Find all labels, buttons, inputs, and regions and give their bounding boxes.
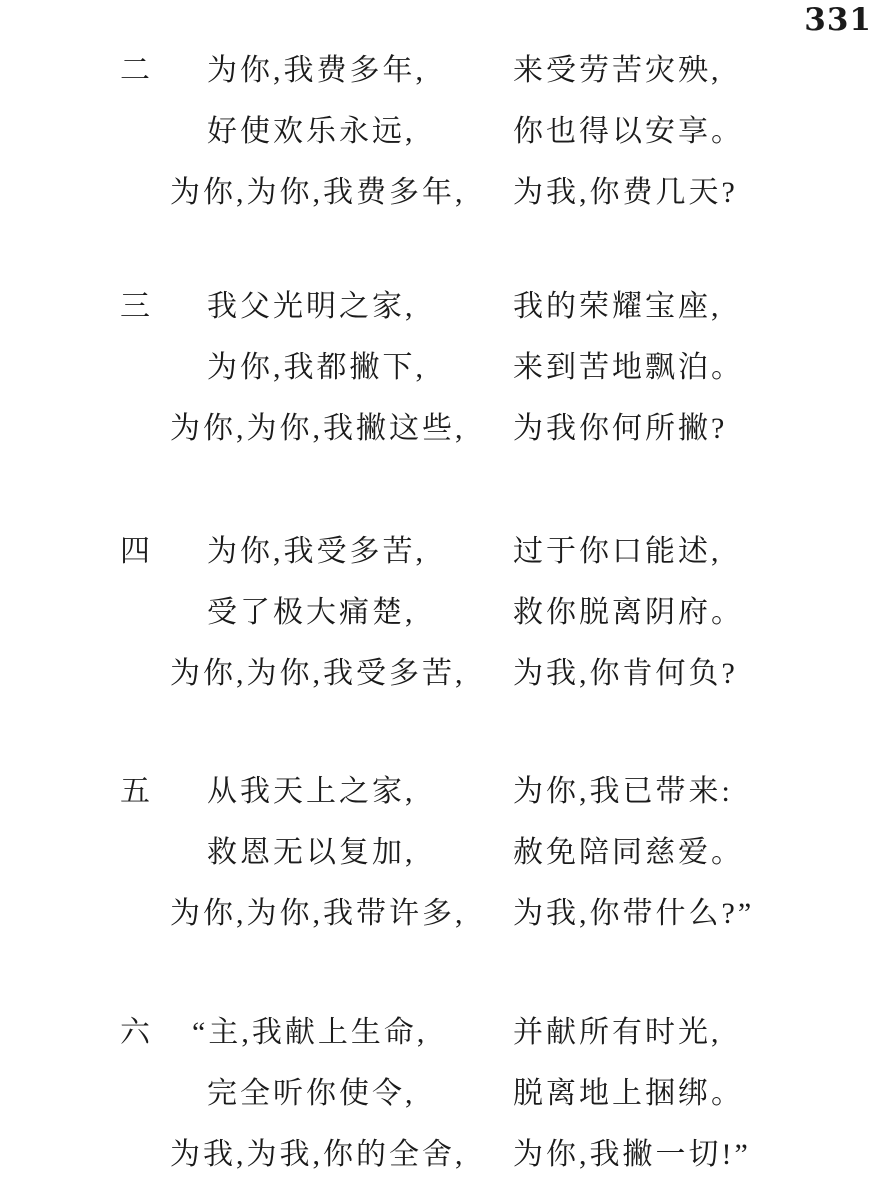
verse-line-right: 为我你何所撇? xyxy=(513,414,727,444)
verse-line: 好使欢乐永远, 你也得以安享。 xyxy=(0,101,885,162)
verse-line-left: 为你,为你,我受多苦, xyxy=(170,659,466,689)
verse-number: 四 xyxy=(120,537,153,567)
verse-line-left: 受了极大痛楚, xyxy=(207,598,416,628)
verse-line: 为你,为你,我带许多, 为我,你带什么?” xyxy=(0,883,885,944)
verse-5: 五 从我天上之家, 为你,我已带来: 救恩无以复加, 赦免陪同慈爱。 为你,为你… xyxy=(0,761,885,944)
verse-line-right: 并献所有时光, xyxy=(513,1018,722,1048)
verse-line-right: 为我,你费几天? xyxy=(513,178,738,208)
verse-line: 救恩无以复加, 赦免陪同慈爱。 xyxy=(0,822,885,883)
verse-line: 为你,我都撇下, 来到苦地飘泊。 xyxy=(0,337,885,398)
verse-line-right: 为你,我已带来: xyxy=(513,777,733,807)
verse-line: 四 为你,我受多苦, 过于你口能述, xyxy=(0,521,885,582)
verse-line-left: 完全听你使令, xyxy=(207,1079,416,1109)
verse-line-left: 为你,为你,我撇这些, xyxy=(170,414,466,444)
verse-line-right: 救你脱离阴府。 xyxy=(513,598,744,628)
verse-line: 五 从我天上之家, 为你,我已带来: xyxy=(0,761,885,822)
verse-line-left: 我父光明之家, xyxy=(207,292,416,322)
verse-line-right: 为我,你带什么?” xyxy=(513,899,754,929)
verse-line-right: 为我,你肯何负? xyxy=(513,659,738,689)
verse-line-right: 你也得以安享。 xyxy=(513,117,744,147)
verse-line: 受了极大痛楚, 救你脱离阴府。 xyxy=(0,582,885,643)
verse-line-left: 好使欢乐永远, xyxy=(207,117,416,147)
verse-line: 为你,为你,我撇这些, 为我你何所撇? xyxy=(0,398,885,459)
verse-line-left: 为我,为我,你的全舍, xyxy=(170,1140,466,1170)
verse-line-right: 来到苦地飘泊。 xyxy=(513,353,744,383)
verse-line: 为我,为我,你的全舍, 为你,我撇一切!” xyxy=(0,1124,885,1185)
verse-line: 为你,为你,我费多年, 为我,你费几天? xyxy=(0,162,885,223)
verse-number: 三 xyxy=(120,292,153,322)
verse-line-right: 来受劳苦灾殃, xyxy=(513,56,722,86)
verse-line-right: 我的荣耀宝座, xyxy=(513,292,722,322)
verse-number: 五 xyxy=(120,777,153,807)
verse-line-left: 救恩无以复加, xyxy=(207,838,416,868)
verse-line-right: 过于你口能述, xyxy=(513,537,722,567)
verse-line: 六 “主,我献上生命, 并献所有时光, xyxy=(0,1002,885,1063)
verse-line: 为你,为你,我受多苦, 为我,你肯何负? xyxy=(0,643,885,704)
verse-line-left: 为你,我受多苦, xyxy=(207,537,426,567)
verse-3: 三 我父光明之家, 我的荣耀宝座, 为你,我都撇下, 来到苦地飘泊。 为你,为你… xyxy=(0,276,885,459)
verse-line: 完全听你使令, 脱离地上捆绑。 xyxy=(0,1063,885,1124)
verse-line-right: 赦免陪同慈爱。 xyxy=(513,838,744,868)
verse-line: 三 我父光明之家, 我的荣耀宝座, xyxy=(0,276,885,337)
page-number: 331 xyxy=(804,2,872,38)
verse-6: 六 “主,我献上生命, 并献所有时光, 完全听你使令, 脱离地上捆绑。 为我,为… xyxy=(0,1002,885,1185)
verse-line: 二 为你,我费多年, 来受劳苦灾殃, xyxy=(0,40,885,101)
verse-2: 二 为你,我费多年, 来受劳苦灾殃, 好使欢乐永远, 你也得以安享。 为你,为你… xyxy=(0,40,885,223)
verse-line-right: 为你,我撇一切!” xyxy=(513,1140,751,1170)
verse-line-left: 为你,为你,我费多年, xyxy=(170,178,466,208)
verse-line-left: “主,我献上生命, xyxy=(192,1018,427,1048)
verse-number: 六 xyxy=(120,1018,153,1048)
verse-4: 四 为你,我受多苦, 过于你口能述, 受了极大痛楚, 救你脱离阴府。 为你,为你… xyxy=(0,521,885,704)
verse-number: 二 xyxy=(120,56,153,86)
verse-line-left: 为你,我都撇下, xyxy=(207,353,426,383)
verse-line-right: 脱离地上捆绑。 xyxy=(513,1079,744,1109)
verse-line-left: 为你,我费多年, xyxy=(207,56,426,86)
hymnal-page: 331 二 为你,我费多年, 来受劳苦灾殃, 好使欢乐永远, 你也得以安享。 为… xyxy=(0,0,885,1195)
verse-line-left: 从我天上之家, xyxy=(207,777,416,807)
verse-line-left: 为你,为你,我带许多, xyxy=(170,899,466,929)
